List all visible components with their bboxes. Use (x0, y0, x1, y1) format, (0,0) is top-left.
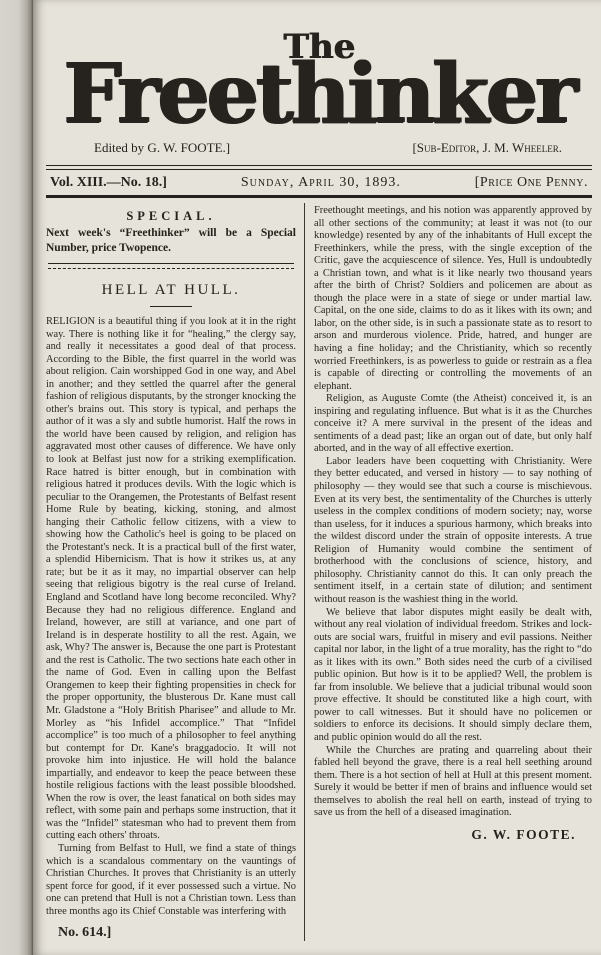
paragraph: Freethought meetings, and his notion was… (314, 205, 592, 393)
author-signature: G. W. FOOTE. (314, 827, 592, 843)
right-column-text: Freethought meetings, and his notion was… (314, 203, 592, 820)
left-column-text: RELIGION is a beautiful thing if you loo… (46, 316, 296, 918)
paragraph: While the Churches are prating and quarr… (314, 745, 592, 820)
dateline-row: Vol. XIII.—No. 18.] Sunday, April 30, 18… (46, 170, 592, 195)
masthead-title: Freethinker (46, 48, 592, 140)
title-rule (150, 306, 192, 307)
special-heading: SPECIAL. (46, 209, 296, 224)
special-separator-rule (48, 263, 294, 269)
paragraph: We believe that labor disputes might eas… (314, 607, 592, 745)
issue-number-footer: No. 614.] (46, 925, 296, 941)
thick-rule (46, 195, 592, 198)
editor-credit: Edited by G. W. FOOTE.] (94, 140, 230, 156)
paragraph: RELIGION is a beautiful thing if you loo… (46, 316, 296, 843)
article-title: HELL AT HULL. (46, 282, 296, 299)
right-column: Freethought meetings, and his notion was… (305, 203, 592, 941)
issue-price: [Price One Penny. (475, 170, 588, 195)
paragraph: Turning from Belfast to Hull, we find a … (46, 843, 296, 918)
special-notice: Next week's “Freethinker” will be a Spec… (46, 226, 296, 256)
paragraph: Religion, as Auguste Comte (the Atheist)… (314, 393, 592, 456)
book-binding-gutter (0, 0, 33, 955)
masthead: The Freethinker (46, 30, 592, 140)
subeditor-credit: [Sub-Editor, J. M. Wheeler. (412, 140, 562, 156)
editors-row: Edited by G. W. FOOTE.] [Sub-Editor, J. … (46, 140, 592, 156)
newspaper-page: The Freethinker Edited by G. W. FOOTE.] … (33, 0, 601, 955)
issue-date: Sunday, April 30, 1893. (241, 170, 401, 195)
volume-number: Vol. XIII.—No. 18.] (50, 170, 167, 195)
article-columns: SPECIAL. Next week's “Freethinker” will … (46, 203, 592, 941)
left-column: SPECIAL. Next week's “Freethinker” will … (46, 203, 305, 941)
scanned-newspaper-page: The Freethinker Edited by G. W. FOOTE.] … (0, 0, 601, 955)
paragraph: Labor leaders have been coquetting with … (314, 456, 592, 607)
